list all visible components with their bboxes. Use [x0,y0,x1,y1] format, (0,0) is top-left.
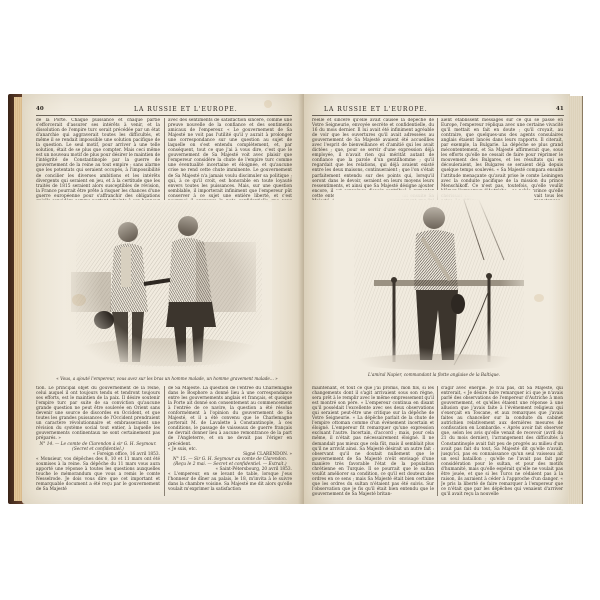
foxing-spot [72,294,86,306]
foxing-spot [534,294,544,302]
left-page: 40 LA RUSSIE ET L'EUROPE. de la Porte. C… [22,94,304,504]
text-column: de la Porte. Chaque puissance et chaque … [36,118,160,200]
right-page-edges [568,96,583,504]
paragraph: de Sa Majesté. La question de l'entrée d… [168,386,292,447]
running-head: LA RUSSIE ET L'EUROPE. [134,106,238,113]
running-head: LA RUSSIE ET L'EUROPE. [324,106,428,113]
right-page: LA RUSSIE ET L'EUROPE. 41 réelle et sinc… [304,94,570,504]
paragraph: maintenant, et tout ce que j'ai promis, … [312,386,434,496]
column-divider [437,386,438,496]
paragraph: d'agir avec énergie. Je n'ai pas, dit Sa… [441,386,563,496]
column-divider [164,118,165,200]
paragraph: de la Porte. Chaque puissance et chaque … [36,118,160,200]
engraving-handshake [66,202,272,372]
text-column: avec des sentiments de satisfaction sinc… [168,118,292,200]
paragraph: aient établissent messages sur ce qui se… [441,118,563,200]
page-number: 40 [36,106,44,112]
text-column: maintenant, et tout ce que j'ai promis, … [312,386,434,496]
column-divider [437,118,438,200]
page-number: 41 [556,106,564,112]
column-divider [164,386,165,496]
engraving-admiral [334,190,534,370]
document-heading: N° 14. — Le comte de Clarendon à sir G. … [36,442,160,447]
text-column: réelle et sincère qu'elle avait causée l… [312,118,434,200]
text-column: aient établissent messages sur ce qui se… [441,118,563,200]
paragraph: tion. Le principal objet du gouvernement… [36,386,160,442]
paragraph: avec des sentiments de satisfaction sinc… [168,118,292,200]
text-column: d'agir avec énergie. Je n'ai pas, dit Sa… [441,386,563,496]
text-column: tion. Le principal objet du gouvernement… [36,386,160,496]
foxing-spot [264,100,272,108]
header-rule [312,115,564,116]
header-rule [36,115,292,116]
paragraph: « L'empereur, en se levant de table, lor… [168,472,292,492]
document-subheading: (Reçu le 2 mai. — Secret et confidentiel… [168,462,292,467]
illustration-caption: « Vous, a ajouté l'empereur, vous avez s… [52,376,282,381]
text-column: de Sa Majesté. La question de l'entrée d… [168,386,292,496]
paragraph: réelle et sincère qu'elle avait causée l… [312,118,434,200]
paragraph: « Monsieur, vos dépêches des 8, 10 et 11… [36,457,160,492]
document-heading: N° 15. — Sir G. H. Seymour au comte de C… [168,457,292,462]
open-book: 40 LA RUSSIE ET L'EUROPE. de la Porte. C… [0,0,600,600]
illustration-caption: L'amiral Napier, commandant la flotte an… [324,372,544,377]
